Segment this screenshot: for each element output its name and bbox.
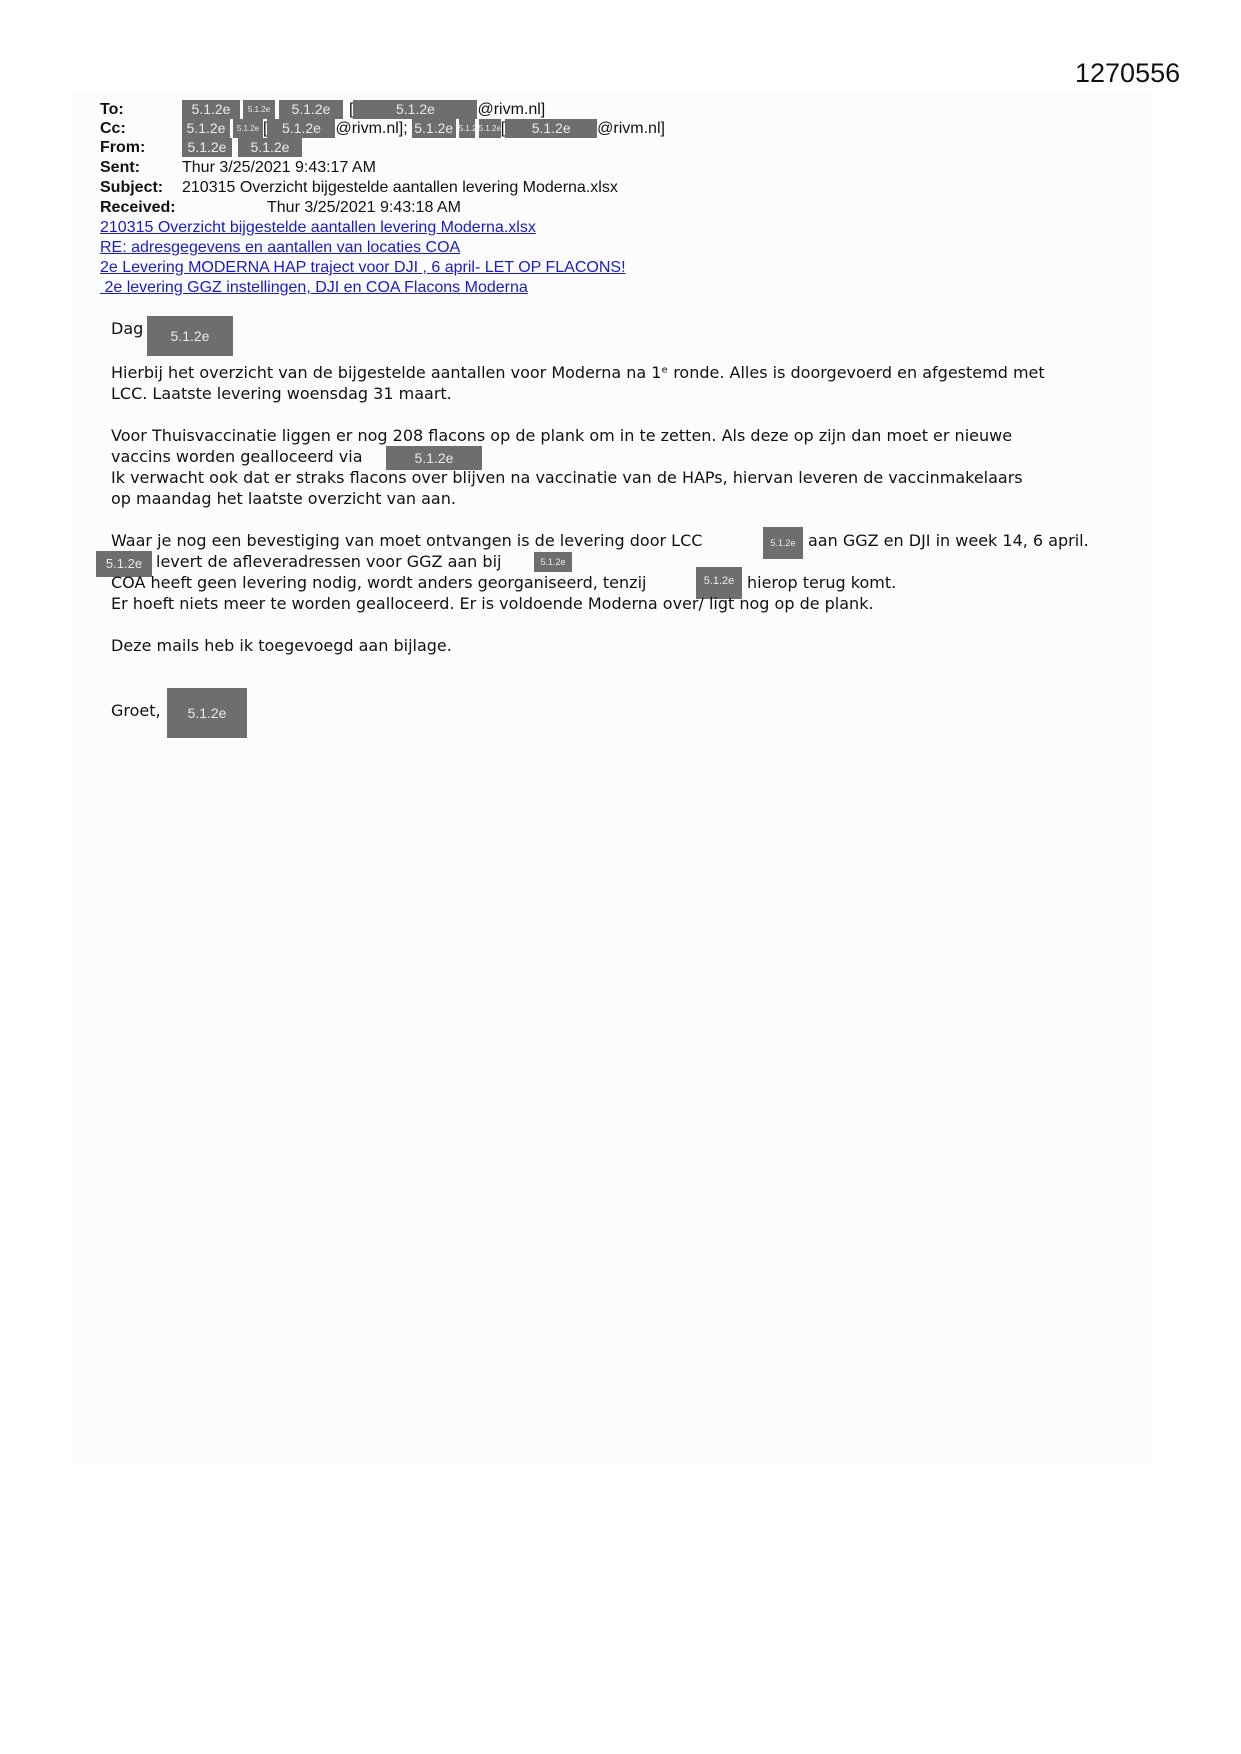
redaction: 5.1.2e — [182, 138, 232, 157]
redaction: 5.1.2e — [505, 119, 597, 138]
received-label: Received: — [100, 198, 267, 217]
cc-domain-1: @rivm.nl]; — [335, 120, 407, 137]
sent-row: Sent:Thur 3/25/2021 9:43:17 AM — [100, 158, 376, 177]
body-line: op maandag het laatste overzicht van aan… — [111, 488, 456, 509]
attachment-link[interactable]: 2e Levering MODERNA HAP traject voor DJI… — [100, 258, 626, 277]
body-line: levert de afleveradressen voor GGZ aan b… — [156, 551, 501, 572]
cc-row: Cc:5.1.2e5.1.2e[5.1.2e@rivm.nl];5.1.2e5.… — [100, 119, 665, 138]
redaction: 5.1.2e — [353, 100, 477, 119]
email-page-background — [72, 92, 1152, 1464]
redaction: 5.1.2e — [147, 316, 233, 356]
body-line: COA heeft geen levering nodig, wordt and… — [111, 572, 646, 593]
received-value: Thur 3/25/2021 9:43:18 AM — [267, 199, 461, 216]
attachment-link[interactable]: 210315 Overzicht bijgestelde aantallen l… — [100, 218, 536, 237]
greeting-text: Dag — [111, 319, 143, 338]
to-label: To: — [100, 100, 182, 119]
from-label: From: — [100, 138, 182, 157]
body-line: Waar je nog een bevestiging van moet ont… — [111, 530, 702, 551]
to-row: To:5.1.2e5.1.2e5.1.2e[5.1.2e@rivm.nl] — [100, 100, 545, 119]
subject-label: Subject: — [100, 178, 182, 197]
redaction: 5.1.2e — [243, 100, 275, 119]
body-line: aan GGZ en DJI in week 14, 6 april. — [808, 530, 1089, 551]
body-line: hierop terug komt. — [747, 572, 896, 593]
attachment-link[interactable]: RE: adresgegevens en aantallen van locat… — [100, 238, 460, 257]
sent-value: Thur 3/25/2021 9:43:17 AM — [182, 159, 376, 176]
closing: Groet, — [111, 700, 161, 721]
subject-value: 210315 Overzicht bijgestelde aantallen l… — [182, 179, 618, 196]
document-number: 1270556 — [1075, 58, 1180, 89]
subject-row: Subject:210315 Overzicht bijgestelde aan… — [100, 178, 618, 197]
body-line: Deze mails heb ik toegevoegd aan bijlage… — [111, 635, 452, 656]
redaction: 5.1.2e — [167, 688, 247, 738]
body-line: Voor Thuisvaccinatie liggen er nog 208 f… — [111, 425, 1012, 446]
redaction: 5.1.2e — [238, 138, 302, 157]
to-domain: @rivm.nl] — [477, 101, 545, 118]
body-line: LCC. Laatste levering woensdag 31 maart. — [111, 383, 452, 404]
redaction: 5.1.2e — [459, 119, 475, 138]
redaction: 5.1.2e — [267, 119, 335, 138]
body-line: Hierbij het overzicht van de bijgestelde… — [111, 362, 1045, 383]
redaction: 5.1.2e — [233, 119, 263, 138]
redaction: 5.1.2e — [279, 100, 343, 119]
sent-label: Sent: — [100, 158, 182, 177]
redaction: 5.1.2e — [763, 527, 803, 559]
body-line: vaccins worden gealloceerd via — [111, 446, 363, 467]
redaction: 5.1.2e — [412, 119, 456, 138]
from-row: From:5.1.2e5.1.2e — [100, 138, 302, 157]
redaction: 5.1.2e — [479, 119, 501, 138]
received-row: Received:Thur 3/25/2021 9:43:18 AM — [100, 198, 461, 217]
redaction: 5.1.2e — [182, 100, 240, 119]
attachment-link[interactable]: 2e levering GGZ instellingen, DJI en COA… — [100, 278, 528, 297]
cc-domain-2: @rivm.nl] — [597, 120, 665, 137]
body-line: Ik verwacht ook dat er straks flacons ov… — [111, 467, 1023, 488]
cc-label: Cc: — [100, 119, 182, 138]
greeting: Dag — [111, 318, 143, 339]
redaction: 5.1.2e — [182, 119, 230, 138]
body-line: Er hoeft niets meer te worden gealloceer… — [111, 593, 874, 614]
redaction: 5.1.2e — [534, 552, 572, 572]
